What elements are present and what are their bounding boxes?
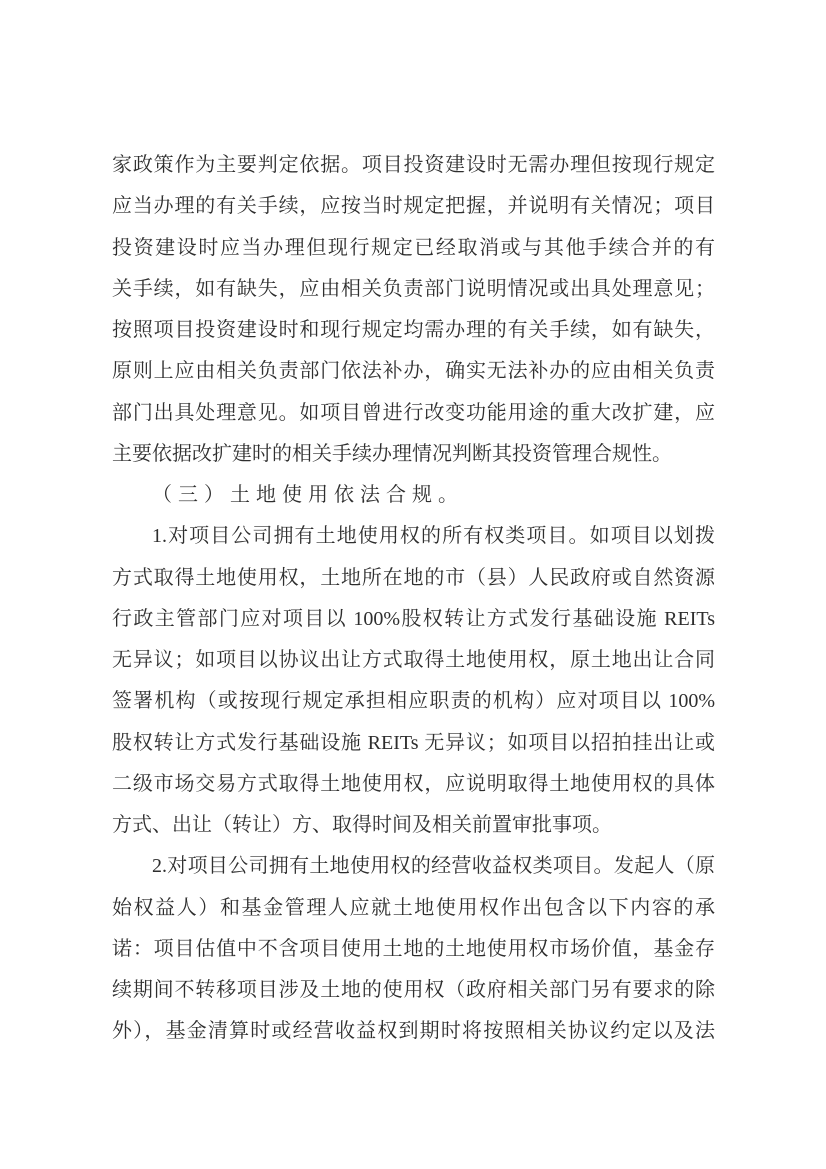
text-line: 1.对项目公司拥有土地使用权的所有权类项目。如项目以划拨 xyxy=(112,516,715,557)
text-line: 部门出具处理意见。如项目曾进行改变功能用途的重大改扩建，应 xyxy=(112,393,715,434)
text-line: 方式、出让（转让）方、取得时间及相关前置审批事项。 xyxy=(112,805,715,846)
text-line: 家政策作为主要判定依据。项目投资建设时无需办理但按现行规定 xyxy=(112,145,715,186)
text-line: 按照项目投资建设时和现行规定均需办理的有关手续，如有缺失， xyxy=(112,310,715,351)
paragraph-investment-compliance-continued: 家政策作为主要判定依据。项目投资建设时无需办理但按现行规定 应当办理的有关手续，… xyxy=(112,145,715,475)
text-line: 签署机构（或按现行规定承担相应职责的机构）应对项目以 100% xyxy=(112,681,715,722)
text-line: 关手续，如有缺失，应由相关负责部门说明情况或出具处理意见； xyxy=(112,269,715,310)
text-line: 行政主管部门应对项目以 100%股权转让方式发行基础设施 REITs xyxy=(112,599,715,640)
text-line: 投资建设时应当办理但现行规定已经取消或与其他手续合并的有 xyxy=(112,228,715,269)
paragraph-item-1-ownership-projects: 1.对项目公司拥有土地使用权的所有权类项目。如项目以划拨 方式取得土地使用权，土… xyxy=(112,516,715,846)
section-heading-line: （三）土地使用依法合规。 xyxy=(112,475,715,516)
text-line: 应当办理的有关手续，应按当时规定把握，并说明有关情况；项目 xyxy=(112,186,715,227)
text-line: 主要依据改扩建时的相关手续办理情况判断其投资管理合规性。 xyxy=(112,434,715,475)
text-line: 诺：项目估值中不含项目使用土地的土地使用权市场价值，基金存 xyxy=(112,929,715,970)
text-line: 2.对项目公司拥有土地使用权的经营收益权类项目。发起人（原 xyxy=(112,846,715,887)
text-line: 股权转让方式发行基础设施 REITs 无异议；如项目以招拍挂出让或 xyxy=(112,723,715,764)
text-line: 始权益人）和基金管理人应就土地使用权作出包含以下内容的承 xyxy=(112,888,715,929)
text-line: 无异议；如项目以协议出让方式取得土地使用权，原土地出让合同 xyxy=(112,640,715,681)
text-line: 二级市场交易方式取得土地使用权，应说明取得土地使用权的具体 xyxy=(112,764,715,805)
text-line: 方式取得土地使用权，土地所在地的市（县）人民政府或自然资源 xyxy=(112,558,715,599)
text-line: 原则上应由相关负责部门依法补办，确实无法补办的应由相关负责 xyxy=(112,351,715,392)
text-line: 外），基金清算时或经营收益权到期时将按照相关协议约定以及法 xyxy=(112,1011,715,1052)
section-heading-land-use-compliance: （三）土地使用依法合规。 xyxy=(112,475,715,516)
paragraph-item-2-operating-income-projects: 2.对项目公司拥有土地使用权的经营收益权类项目。发起人（原 始权益人）和基金管理… xyxy=(112,846,715,1052)
document-page: 家政策作为主要判定依据。项目投资建设时无需办理但按现行规定 应当办理的有关手续，… xyxy=(0,0,826,1169)
text-line: 续期间不转移项目涉及土地的使用权（政府相关部门另有要求的除 xyxy=(112,970,715,1011)
